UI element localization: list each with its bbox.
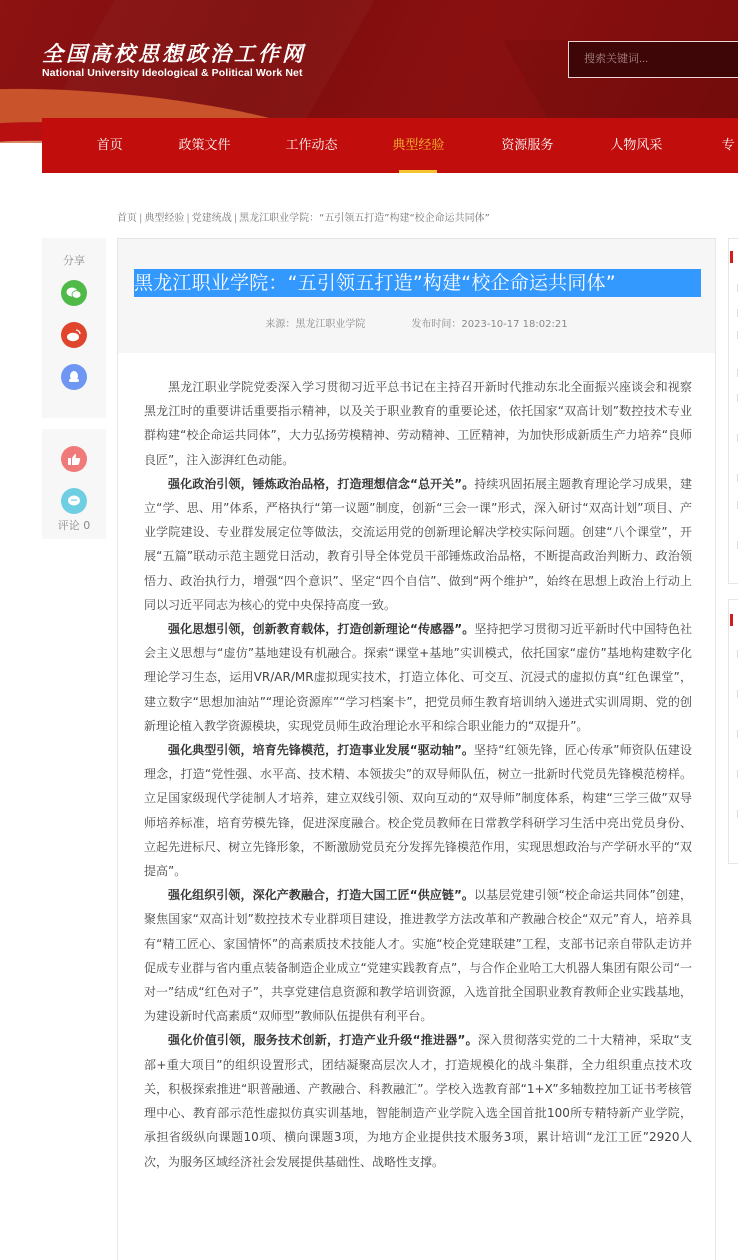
paragraph: 强化组织引领，深化产教融合，打造大国工匠“供应链”。以基层党建引领“校企命运共同… bbox=[144, 883, 692, 1028]
breadcrumb: 首页|典型经验|党建统战|黑龙江职业学院：“五引领五打造”构建“校企命运共同体” bbox=[117, 209, 490, 224]
action-panel: 评论 0 bbox=[42, 429, 106, 539]
paragraph-text: 持续巩固拓展主题教育理论学习成果，建立“学、思、用”体系，严格执行“第一议题”制… bbox=[144, 477, 692, 612]
paragraph-text: 以基层党建引领“校企命运共同体”创建，聚焦国家“双高计划”数控技术专业群项目建设… bbox=[144, 888, 692, 1023]
nav-item-special[interactable]: 专 bbox=[718, 118, 738, 173]
breadcrumb-current: 黑龙江职业学院：“五引领五打造”构建“校企命运共同体” bbox=[239, 213, 490, 224]
main-nav: 首页 政策文件 工作动态 典型经验 资源服务 人物风采 专 bbox=[42, 118, 738, 173]
comment-icon[interactable] bbox=[61, 488, 87, 514]
nav-item-resources[interactable]: 资源服务 bbox=[500, 118, 554, 173]
wechat-icon[interactable] bbox=[61, 280, 87, 306]
nav-item-home[interactable]: 首页 bbox=[42, 118, 177, 173]
breadcrumb-party-building[interactable]: 党建统战 bbox=[192, 213, 232, 224]
breadcrumb-separator: | bbox=[234, 213, 237, 224]
weibo-icon[interactable] bbox=[61, 322, 87, 348]
article-source: 来源：黑龙江职业学院 bbox=[265, 319, 365, 330]
paragraph: 强化思想引领，创新教育载体，打造创新理论“传感器”。坚持把学习贯彻习近平新时代中… bbox=[144, 617, 692, 738]
article-publish-time: 发布时间：2023-10-17 18:02:21 bbox=[411, 319, 567, 330]
paragraph-text: 坚持把学习贯彻习近平新时代中国特色社会主义思想与“虚仿”基地建设有机融合。探索“… bbox=[144, 622, 692, 733]
paragraph-heading: 强化思想引领，创新教育载体，打造创新理论“传感器”。 bbox=[168, 622, 474, 636]
search-input[interactable]: 搜索关键词... bbox=[568, 41, 738, 78]
breadcrumb-separator: | bbox=[139, 213, 142, 224]
sidebar-box-recommended bbox=[728, 599, 738, 864]
paragraph-heading: 强化价值引领，服务技术创新，打造产业升级“推进器”。 bbox=[168, 1033, 478, 1047]
nav-item-news[interactable]: 工作动态 bbox=[285, 118, 393, 173]
sidebar-box-related bbox=[728, 238, 738, 584]
article-title: 黑龙江职业学院：“五引领五打造”构建“校企命运共同体” bbox=[134, 269, 701, 297]
breadcrumb-typical-experience[interactable]: 典型经验 bbox=[144, 213, 184, 224]
paragraph: 强化政治引领，锤炼政治品格，打造理想信念“总开关”。持续巩固拓展主题教育理论学习… bbox=[144, 472, 692, 617]
paragraph: 强化典型引领，培育先锋模范，打造事业发展“驱动轴”。坚持“红领先锋，匠心传承”师… bbox=[144, 738, 692, 883]
breadcrumb-separator: | bbox=[186, 213, 189, 224]
paragraph-heading: 强化组织引领，深化产教融合，打造大国工匠“供应链”。 bbox=[168, 888, 474, 902]
section-marker bbox=[730, 614, 733, 626]
share-title: 分享 bbox=[42, 252, 106, 268]
qq-icon[interactable] bbox=[61, 364, 87, 390]
article-body: 黑龙江职业学院党委深入学习贯彻习近平总书记在主持召开新时代推动东北全面振兴座谈会… bbox=[144, 375, 692, 1174]
breadcrumb-home[interactable]: 首页 bbox=[117, 213, 137, 224]
paragraph-text: 黑龙江职业学院党委深入学习贯彻习近平总书记在主持召开新时代推动东北全面振兴座谈会… bbox=[144, 380, 692, 467]
section-marker bbox=[730, 251, 733, 263]
article: 黑龙江职业学院：“五引领五打造”构建“校企命运共同体” 来源：黑龙江职业学院发布… bbox=[117, 238, 716, 1260]
site-logo[interactable]: 全国高校思想政治工作网 National University Ideologi… bbox=[42, 42, 306, 79]
comment-count[interactable]: 评论 0 bbox=[42, 517, 106, 533]
paragraph: 黑龙江职业学院党委深入学习贯彻习近平总书记在主持召开新时代推动东北全面振兴座谈会… bbox=[144, 375, 692, 472]
logo-chinese: 全国高校思想政治工作网 bbox=[42, 42, 306, 66]
paragraph-heading: 强化政治引领，锤炼政治品格，打造理想信念“总开关”。 bbox=[168, 477, 474, 491]
share-panel: 分享 bbox=[42, 238, 106, 418]
article-header: 黑龙江职业学院：“五引领五打造”构建“校企命运共同体” 来源：黑龙江职业学院发布… bbox=[118, 239, 715, 353]
article-meta: 来源：黑龙江职业学院发布时间：2023-10-17 18:02:21 bbox=[118, 315, 715, 330]
nav-item-people[interactable]: 人物风采 bbox=[609, 118, 663, 173]
paragraph-heading: 强化典型引领，培育先锋模范，打造事业发展“驱动轴”。 bbox=[168, 743, 474, 757]
paragraph: 强化价值引领，服务技术创新，打造产业升级“推进器”。深入贯彻落实党的二十大精神，… bbox=[144, 1028, 692, 1173]
nav-item-typical-experience[interactable]: 典型经验 bbox=[391, 118, 445, 173]
thumbs-up-icon[interactable] bbox=[61, 446, 87, 472]
paragraph-text: 坚持“红领先锋，匠心传承”师资队伍建设理念，打造“党性强、水平高、技术精、本领拔… bbox=[144, 743, 692, 878]
nav-item-policy[interactable]: 政策文件 bbox=[177, 118, 285, 173]
paragraph-text: 深入贯彻落实党的二十大精神，采取“支部+重大项目”的组织设置形式，团结凝聚高层次… bbox=[144, 1033, 692, 1168]
logo-english: National University Ideological & Politi… bbox=[42, 67, 306, 79]
